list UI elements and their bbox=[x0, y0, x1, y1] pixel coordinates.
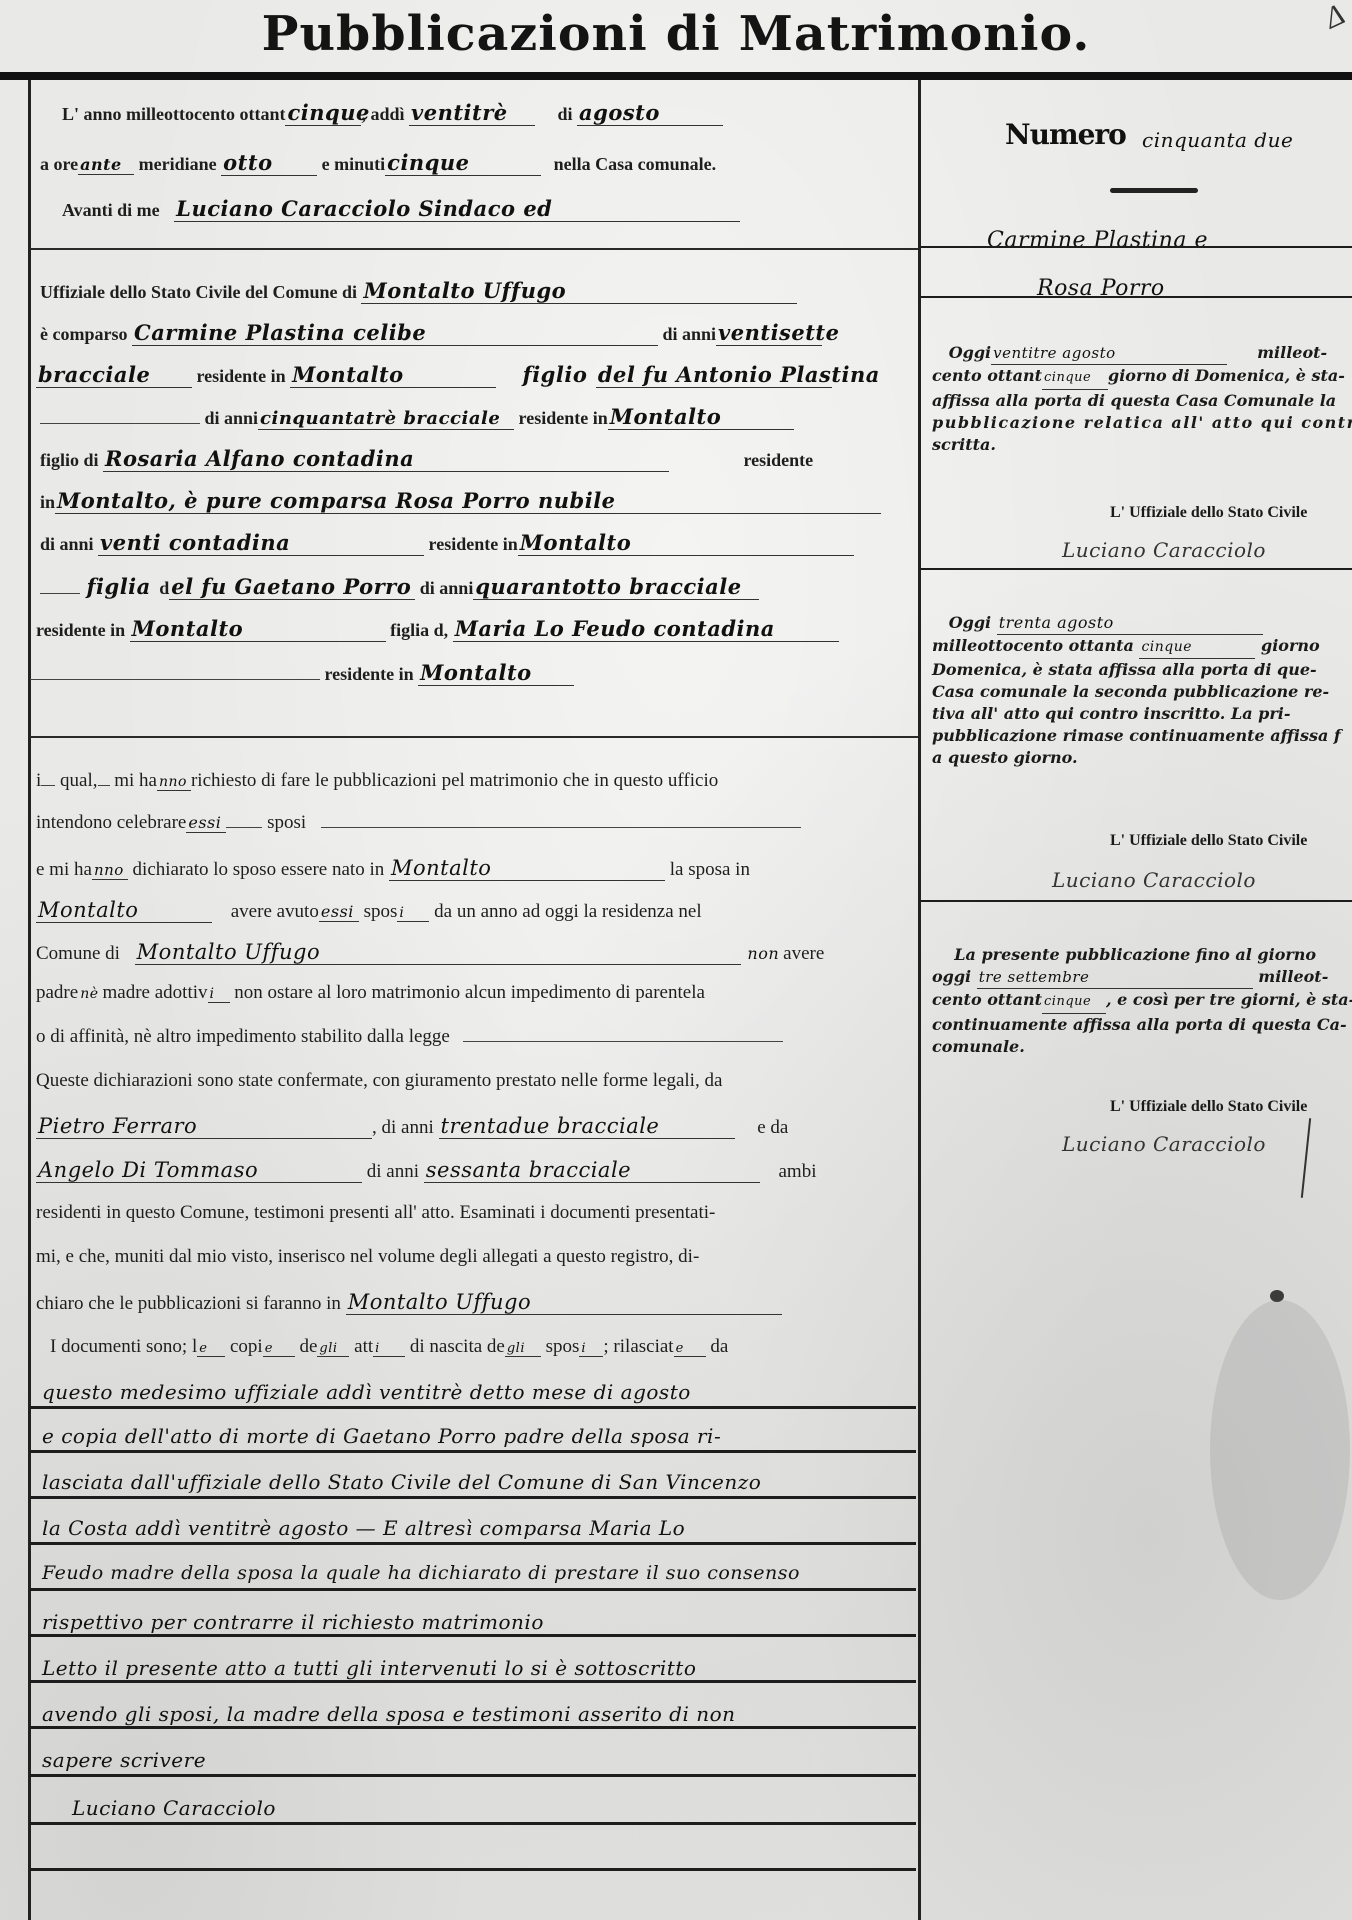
bride-birthplace-field[interactable]: Montalto bbox=[36, 898, 212, 923]
ore-field[interactable]: ante bbox=[78, 155, 134, 175]
minutes-field[interactable]: cinque bbox=[385, 150, 541, 176]
header-line-3: Avanti di me Luciano Caracciolo Sindaco … bbox=[62, 196, 740, 222]
pub1-date-field[interactable]: ventitre agosto bbox=[991, 342, 1227, 365]
witness-2-line: Angelo Di Tommaso di anni sessanta bracc… bbox=[36, 1158, 817, 1183]
pub2-officer-label: L' Uffiziale dello Stato Civile bbox=[1110, 832, 1307, 850]
groom-birthplace-field[interactable]: Montalto bbox=[389, 856, 665, 881]
parties-line-9: residente in Montalto figlia d, Maria Lo… bbox=[36, 616, 839, 642]
note-line: sapere scrivere bbox=[40, 1748, 210, 1772]
month-field[interactable]: agosto bbox=[577, 100, 723, 126]
parties-line-4: di annicinquantatrè bracciale residente … bbox=[40, 404, 794, 430]
note-line: la Costa addì ventitrè agosto — E altres… bbox=[40, 1516, 689, 1540]
groom-father-residence-field[interactable]: Montalto bbox=[608, 404, 794, 430]
notes-area: questo medesimo uffiziale addì ventitrè … bbox=[30, 1362, 916, 1902]
groom-mother-field[interactable]: Rosaria Alfano contadina bbox=[103, 446, 669, 472]
hour-field[interactable]: otto bbox=[221, 150, 317, 176]
parties-line-5: figlio di Rosaria Alfano contadina resid… bbox=[40, 446, 813, 472]
decl-line-8: Queste dichiarazioni sono state conferma… bbox=[36, 1070, 722, 1092]
note-line: rispettivo per contrarre il richiesto ma… bbox=[40, 1610, 548, 1634]
groom-profession-field[interactable]: bracciale bbox=[36, 362, 192, 388]
comune-field[interactable]: Montalto Uffugo bbox=[361, 278, 797, 304]
water-stain bbox=[1210, 1300, 1350, 1600]
bride-father-age-field[interactable]: quarantotto bracciale bbox=[473, 574, 759, 600]
witness-1-line: Pietro Ferraro, di anni trentadue bracci… bbox=[36, 1114, 788, 1139]
bride-intro-field[interactable]: Montalto, è pure comparsa Rosa Porro nub… bbox=[55, 488, 881, 514]
decl-line-12: mi, e che, muniti dal mio visto, inseris… bbox=[36, 1246, 699, 1268]
third-publication: La presente pubblicazione fino al giorno… bbox=[932, 944, 1352, 1058]
pub2-year-field[interactable]: cinque bbox=[1139, 636, 1255, 659]
decl-line-4: Montalto avere avutoessi sposi da un ann… bbox=[36, 898, 702, 923]
document-title: Pubblicazioni di Matrimonio. bbox=[0, 6, 1352, 62]
names-line-1: Carmine Plastina e bbox=[985, 228, 1212, 253]
groom-father-label: figlio bbox=[521, 362, 592, 387]
groom-father-field[interactable]: del fu Antonio Plastina bbox=[596, 362, 832, 388]
groom-father-age-field[interactable]: cinquantatrè bracciale bbox=[258, 408, 514, 430]
decl-line-11: residenti in questo Comune, testimoni pr… bbox=[36, 1202, 715, 1224]
plural-fill[interactable]: nno bbox=[157, 774, 191, 791]
decl-line-3: e mi hanno dichiarato lo sposo essere na… bbox=[36, 856, 750, 881]
ink-stroke bbox=[1301, 1118, 1311, 1198]
bride-age-field[interactable]: venti contadina bbox=[98, 530, 424, 556]
column-divider bbox=[918, 80, 921, 1920]
parties-line-1: Uffiziale dello Stato Civile del Comune … bbox=[40, 278, 797, 304]
parties-line-3: bracciale residente in Montalto figlio d… bbox=[36, 362, 832, 388]
parties-line-10: residente in Montalto bbox=[30, 660, 574, 686]
parties-line-7: di anni venti contadina residente inMont… bbox=[40, 530, 854, 556]
residence-comune-field[interactable]: Montalto Uffugo bbox=[135, 940, 741, 965]
note-line: Letto il presente atto a tutti gli inter… bbox=[40, 1656, 700, 1680]
decl-line-5: Comune di Montalto Uffugo nonavere bbox=[36, 940, 824, 965]
bride-residence-field[interactable]: Montalto bbox=[518, 530, 854, 556]
documents-line: I documenti sono; le copie degli atti di… bbox=[50, 1336, 728, 1358]
pub1-signature: Luciano Caracciolo bbox=[1060, 538, 1270, 562]
first-publication: Oggiventitre agostomilleot- cento ottant… bbox=[932, 342, 1352, 456]
bride-mother-field[interactable]: Maria Lo Feudo contadina bbox=[453, 616, 839, 642]
header-line-2: a oreante meridiane otto e minuticinque … bbox=[40, 150, 716, 176]
pub3-year-field[interactable]: cinque bbox=[1042, 991, 1106, 1014]
decl-line-2: intendono celebrareessi sposi bbox=[36, 812, 801, 834]
officer-field[interactable]: Luciano Caracciolo Sindaco ed bbox=[174, 196, 740, 222]
pub2-signature: Luciano Caracciolo bbox=[1050, 868, 1260, 892]
pub1-officer-label: L' Uffiziale dello Stato Civile bbox=[1110, 504, 1307, 522]
pub2-date-field[interactable]: trenta agosto bbox=[997, 612, 1263, 635]
publication-place-field[interactable]: Montalto Uffugo bbox=[346, 1290, 782, 1315]
witness-1-name[interactable]: Pietro Ferraro bbox=[36, 1114, 372, 1139]
bride-father-residence-field[interactable]: Montalto bbox=[130, 616, 386, 642]
bride-mother-residence-field[interactable]: Montalto bbox=[418, 660, 574, 686]
parties-line-6: inMontalto, è pure comparsa Rosa Porro n… bbox=[40, 488, 881, 514]
pub3-officer-label: L' Uffiziale dello Stato Civile bbox=[1110, 1098, 1307, 1116]
pub3-signature: Luciano Caracciolo bbox=[1060, 1132, 1270, 1156]
section-divider-1 bbox=[30, 248, 918, 250]
bride-father-field[interactable]: el fu Gaetano Porro bbox=[169, 574, 415, 600]
second-publication: Oggi trenta agosto milleottocento ottant… bbox=[932, 612, 1352, 769]
decl-line-13: chiaro che le pubblicazioni si faranno i… bbox=[36, 1290, 782, 1315]
header-line-1: L' anno milleottocento ottantcinque, add… bbox=[62, 100, 723, 126]
note-line: questo medesimo uffiziale addì ventitrè … bbox=[40, 1380, 695, 1404]
note-line: e copia dell'atto di morte di Gaetano Po… bbox=[40, 1424, 725, 1448]
groom-residence-field[interactable]: Montalto bbox=[290, 362, 496, 388]
witness-2-name[interactable]: Angelo Di Tommaso bbox=[36, 1158, 362, 1183]
note-line: lasciata dall'uffiziale dello Stato Civi… bbox=[40, 1470, 765, 1494]
parties-line-8: figlia del fu Gaetano Porro di anniquara… bbox=[40, 574, 759, 600]
day-field[interactable]: ventitrè bbox=[409, 100, 535, 126]
decl-line-7: o di affinità, nè altro impedimento stab… bbox=[36, 1026, 783, 1048]
flourish bbox=[1110, 188, 1198, 193]
section-divider-2 bbox=[30, 736, 918, 738]
witness-2-age[interactable]: sessanta bracciale bbox=[424, 1158, 760, 1183]
note-line: Feudo madre della sposa la quale ha dich… bbox=[40, 1562, 804, 1584]
groom-name-field[interactable]: Carmine Plastina celibe bbox=[132, 320, 658, 346]
witness-1-age[interactable]: trentadue bracciale bbox=[439, 1114, 735, 1139]
groom-age-field[interactable]: ventisette bbox=[716, 320, 822, 346]
numero-label: Numero bbox=[1005, 118, 1126, 151]
parties-line-2: è comparso Carmine Plastina celibe di an… bbox=[40, 320, 822, 346]
note-line: avendo gli sposi, la madre della sposa e… bbox=[40, 1702, 740, 1726]
pub1-year-field[interactable]: cinque bbox=[1042, 367, 1108, 390]
title-rule bbox=[0, 72, 1352, 80]
decl-line-1: i qual, mi hannorichiesto di fare le pub… bbox=[36, 770, 718, 792]
officer-signature: Luciano Caracciolo bbox=[70, 1796, 280, 1820]
decl-line-6: padrenèmadre adottivi non ostare al loro… bbox=[36, 982, 705, 1004]
pub3-date-field[interactable]: tre settembre bbox=[977, 966, 1253, 989]
year-field[interactable]: cinque bbox=[285, 100, 361, 126]
numero-field[interactable]: cinquanta due bbox=[1140, 128, 1297, 152]
